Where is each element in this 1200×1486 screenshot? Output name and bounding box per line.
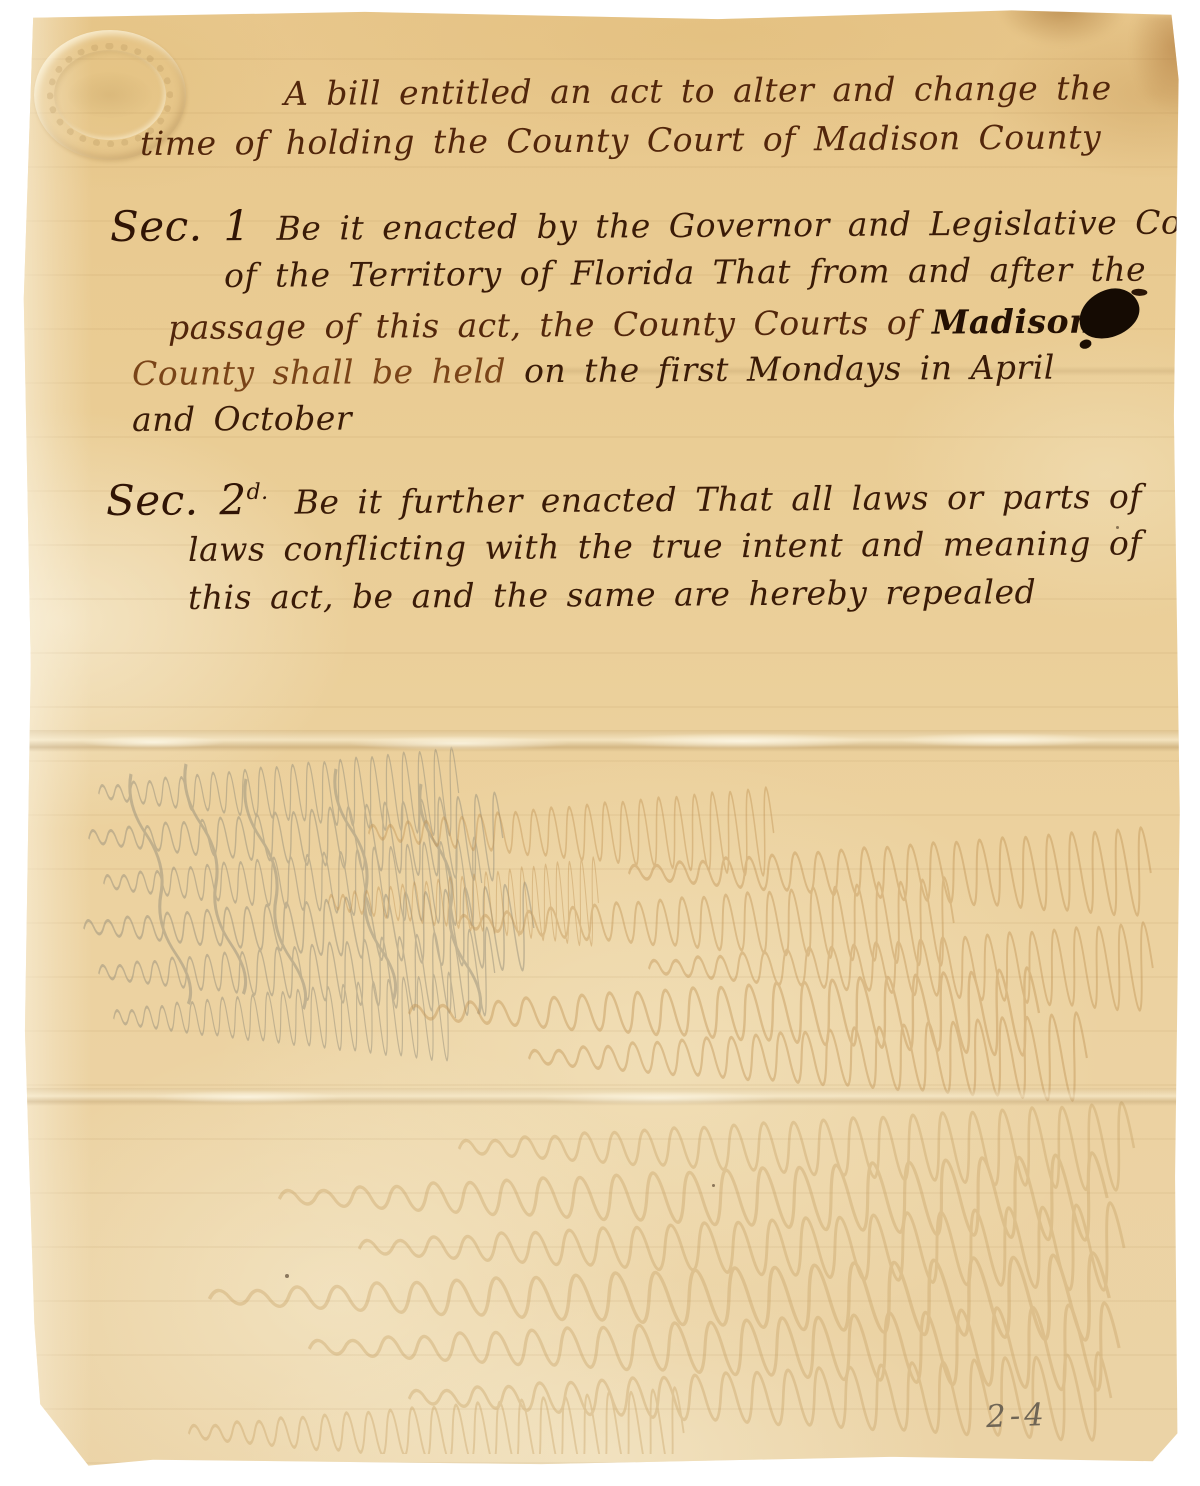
section1-line-4: County shall be held on the first Monday…: [132, 348, 1055, 393]
paper-speck: [1116, 526, 1119, 529]
section1-line-2: of the Territory of Florida That from an…: [224, 250, 1146, 295]
top-edge-stain: [997, 6, 1127, 46]
page-number-pencil: 2-4: [985, 1397, 1048, 1435]
title-line-1: A bill entitled an act to alter and chan…: [284, 68, 1112, 113]
section1-line-3: passage of this act, the County Courts o…: [168, 302, 1094, 347]
section1-label: Sec. 1: [110, 201, 251, 251]
scanned-document-page: { "title": { "line1": "A bill entitled a…: [0, 0, 1200, 1486]
title-line-2: time of holding the County Court of Madi…: [140, 117, 1101, 163]
corner-stain: [1130, 16, 1188, 116]
fold-crease-middle: [12, 730, 1188, 752]
section2-line-2: laws conflicting with the true intent an…: [188, 523, 1142, 569]
section1-line-5: and October: [132, 398, 352, 439]
section2-label: Sec. 2d.: [106, 475, 269, 525]
manuscript-paper: A bill entitled an act to alter and chan…: [12, 6, 1188, 1470]
embossed-seal-center: [68, 72, 152, 118]
paper-speck: [285, 1274, 289, 1278]
paper-speck: [712, 1184, 715, 1187]
section2-line-1: Sec. 2d.Be it further enacted That all l…: [106, 469, 1142, 525]
section1-line-1: Sec. 1Be it enacted by the Governor and …: [110, 194, 1200, 251]
madison-word: Madison: [932, 302, 1094, 342]
worn-left-edge: [12, 6, 92, 1470]
bleed-through-writing: [28, 744, 1178, 1454]
fold-crease-lower: [12, 1088, 1188, 1106]
section2-line-3: this act, be and the same are hereby rep…: [188, 572, 1036, 617]
